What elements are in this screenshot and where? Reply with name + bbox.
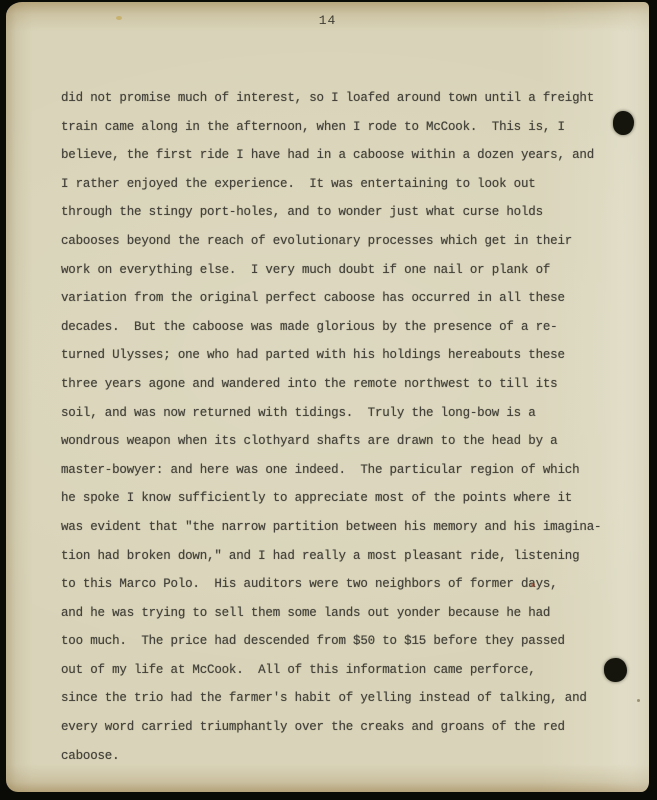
paper-speck bbox=[637, 699, 640, 702]
punch-hole-bottom bbox=[604, 658, 627, 682]
paper-speck bbox=[116, 16, 122, 20]
page-number: 14 bbox=[6, 13, 649, 28]
punch-hole-top bbox=[613, 111, 634, 135]
scanned-page-background: 14 did not promise much of interest, so … bbox=[0, 0, 657, 800]
document-page: 14 did not promise much of interest, so … bbox=[6, 2, 649, 792]
body-text: did not promise much of interest, so I l… bbox=[61, 84, 636, 770]
paper-speck bbox=[546, 297, 549, 300]
paper-speck bbox=[531, 583, 535, 587]
